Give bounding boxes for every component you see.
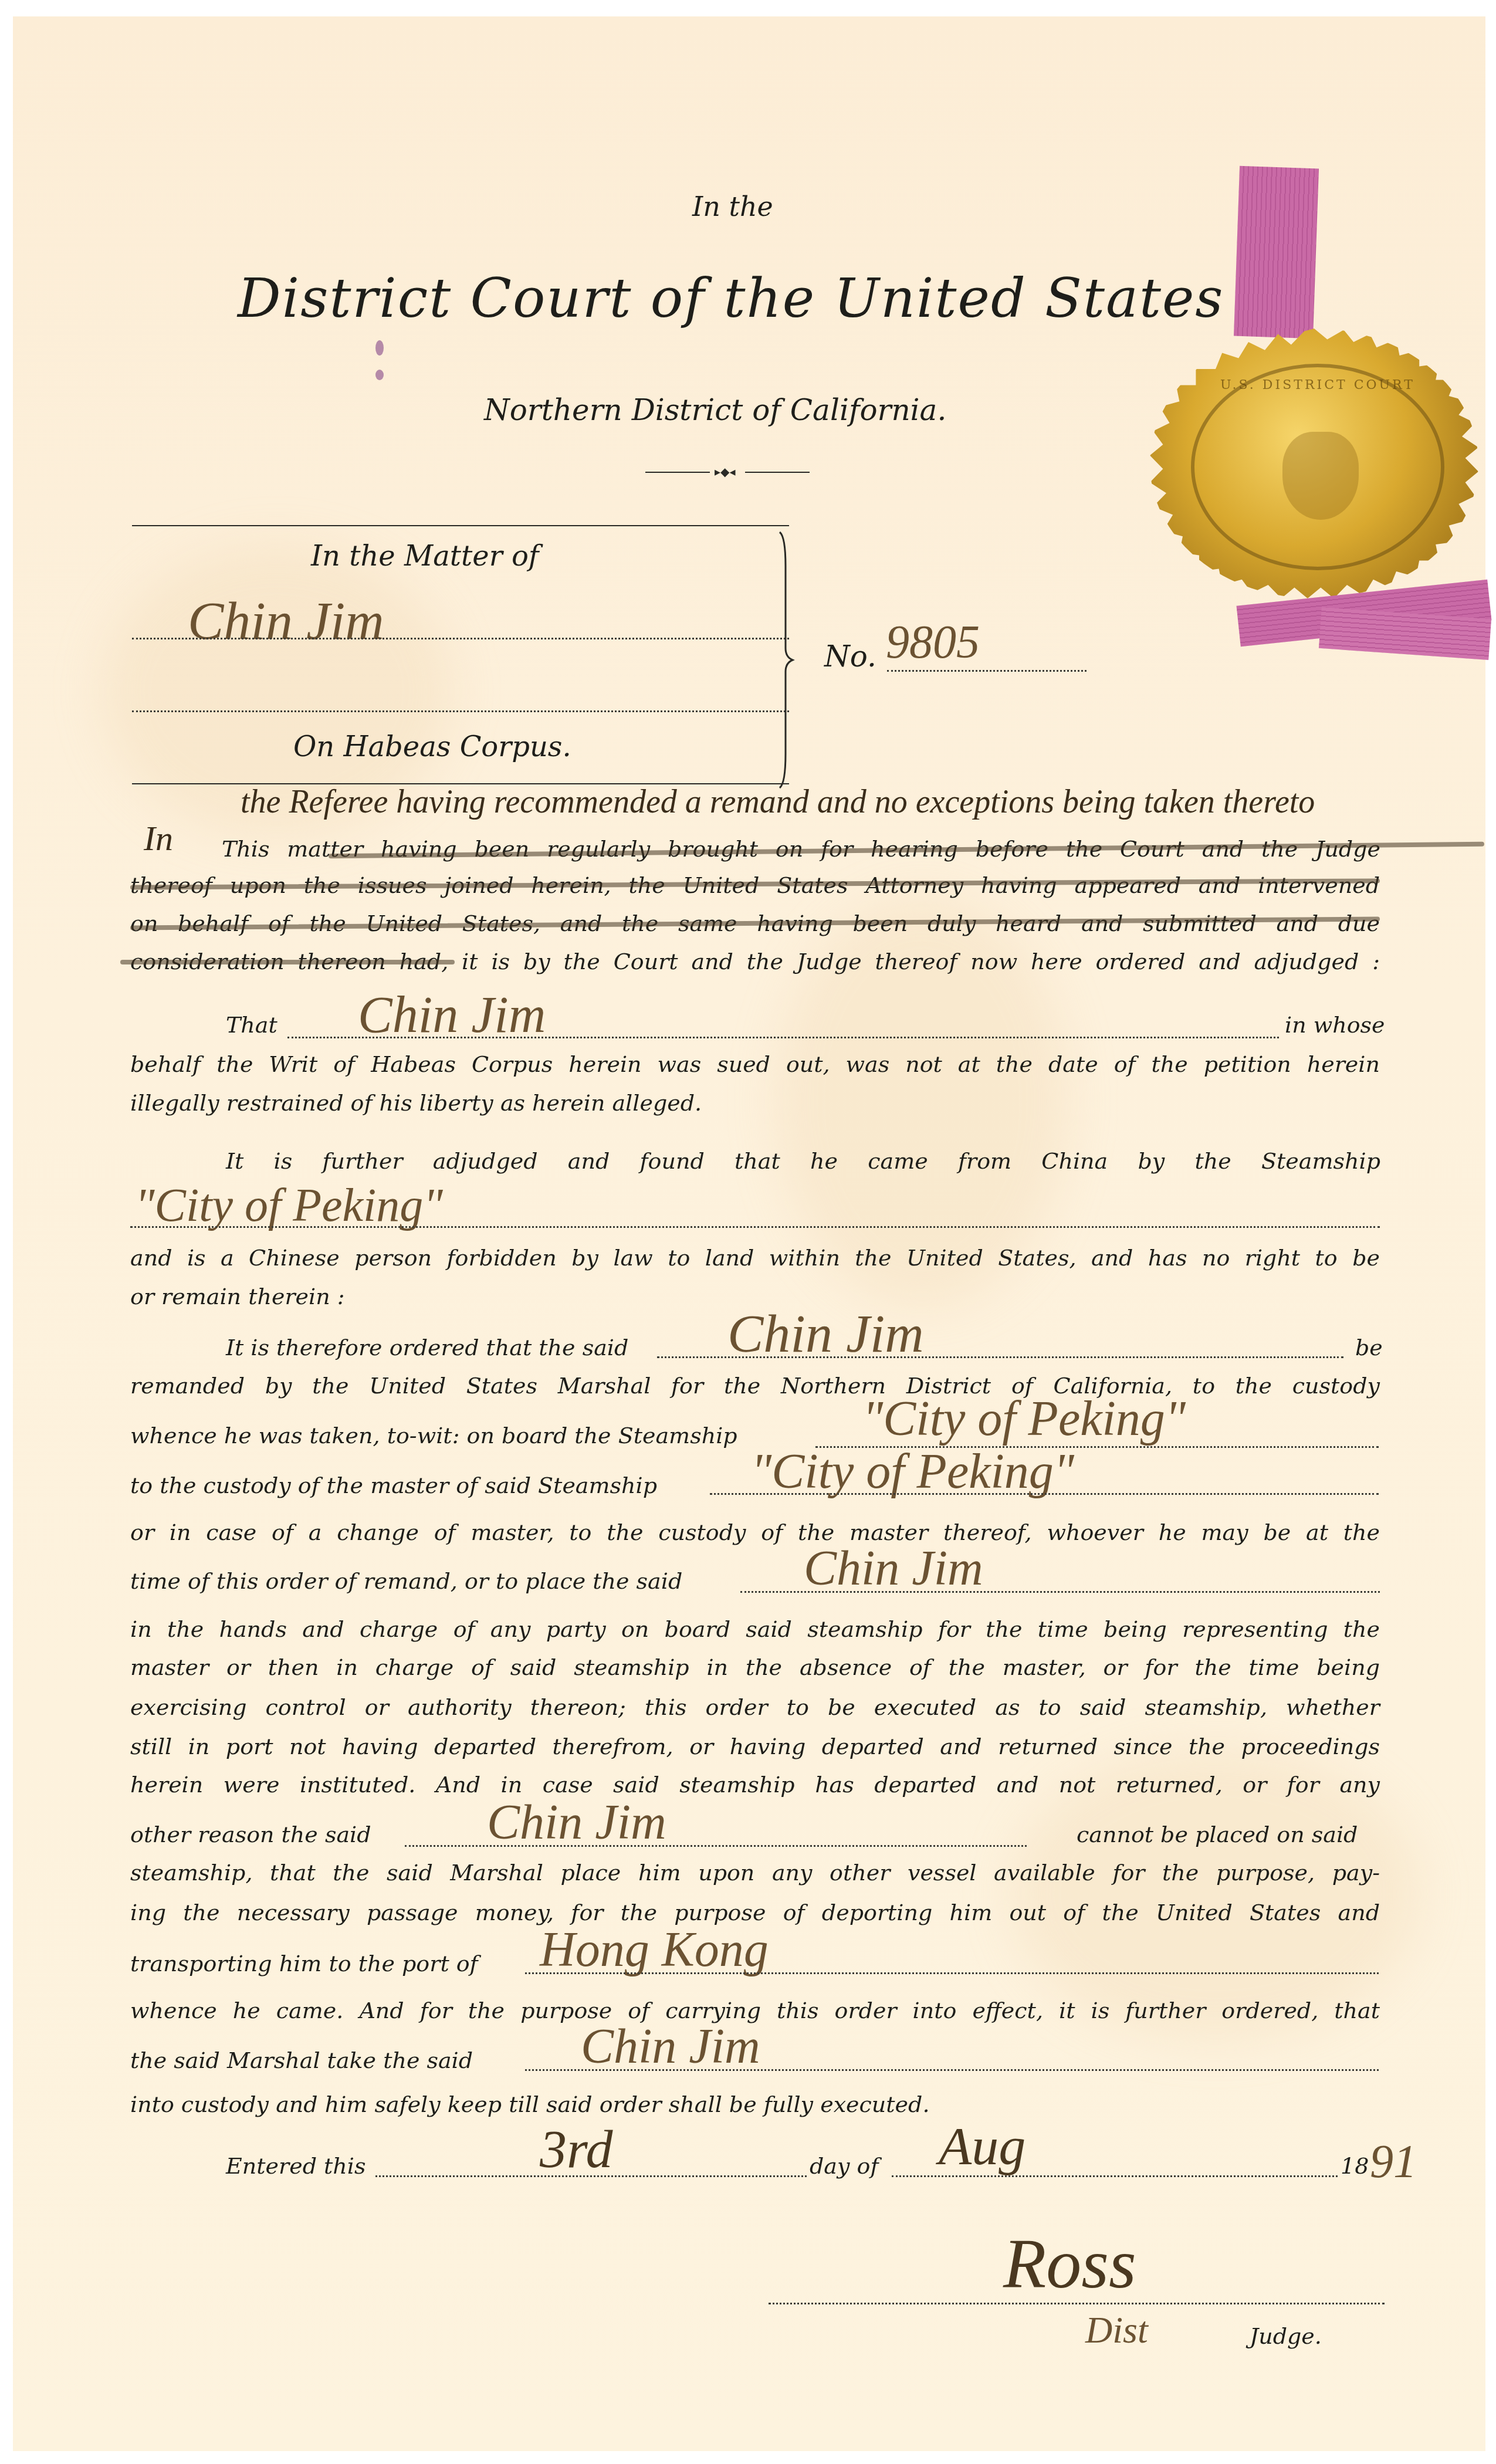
steamship-name-1: "City of Peking" — [862, 1390, 1186, 1447]
strikethrough-mark — [120, 960, 455, 964]
final-line: into custody and him safely keep till sa… — [130, 2091, 929, 2117]
header-in-the: In the — [692, 191, 773, 222]
other-reason-label: other reason the said — [130, 1822, 371, 1847]
entry-day-line — [375, 2175, 807, 2177]
on-habeas-corpus-label: On Habeas Corpus. — [293, 730, 571, 763]
ordered-name: Chin Jim — [727, 1302, 924, 1365]
petitioner-name: Chin Jim — [188, 590, 384, 652]
entry-day: 3rd — [540, 2118, 612, 2180]
day-of-label: day of — [810, 2153, 878, 2179]
in-the-matter-of-label: In the Matter of — [311, 540, 539, 573]
order-name-3: Chin Jim — [487, 1794, 666, 1851]
order-line: or in case of a change of master, to the… — [130, 1519, 1380, 1545]
handwritten-insertion: the Referee having recommended a remand … — [241, 783, 1315, 821]
steamship-name-2: "City of Peking" — [751, 1443, 1074, 1500]
finding-line: illegally restrained of his liberty as h… — [130, 1090, 1380, 1116]
order-line: remanded by the United States Marshal fo… — [130, 1373, 1380, 1399]
case-number-label: No. — [824, 639, 876, 673]
ribbon — [1234, 166, 1319, 339]
marshal-label: the said Marshal take the said — [130, 2047, 473, 2073]
divider-line — [745, 472, 810, 473]
seal-legend: U.S. DISTRICT COURT — [1194, 378, 1441, 392]
court-seal: U.S. DISTRICT COURT — [1150, 329, 1478, 598]
court-title: District Court of the United States — [238, 267, 1224, 330]
case-number: 9805 — [886, 616, 980, 669]
ornament-icon: ▸◆◂ — [715, 465, 735, 479]
cannot-label: cannot be placed on said — [1077, 1822, 1358, 1847]
order-line: exercising control or authority thereon;… — [130, 1694, 1380, 1720]
be-label: be — [1355, 1335, 1383, 1360]
in-whose-label: in whose — [1285, 1012, 1385, 1038]
handwritten-prefix: In — [144, 818, 173, 859]
caption-dotted-rule — [132, 638, 789, 639]
ink-spot — [375, 340, 384, 356]
entry-month: Aug — [939, 2115, 1025, 2177]
order-line: in the hands and charge of any party on … — [130, 1616, 1380, 1642]
judge-prefix: Dist — [1085, 2309, 1148, 2352]
judge-signature: Ross — [1003, 2223, 1136, 2304]
order-name-2: Chin Jim — [804, 1540, 983, 1597]
order-line: still in port not having departed theref… — [130, 1734, 1380, 1759]
district-subtitle: Northern District of California. — [484, 393, 946, 427]
signature-line — [769, 2303, 1385, 2304]
entered-label: Entered this — [226, 2153, 365, 2179]
name-3-line — [405, 1845, 1027, 1847]
case-number-line — [887, 670, 1087, 672]
custody-label: to the custody of the master of said Ste… — [130, 1473, 657, 1498]
finding-line: behalf the Writ of Habeas Corpus herein … — [130, 1051, 1380, 1077]
order-line: herein were instituted. And in case said… — [130, 1772, 1380, 1798]
whence-label: whence he was taken, to-wit: on board th… — [130, 1423, 737, 1448]
steamship-line — [130, 1226, 1380, 1228]
seal-ring: U.S. DISTRICT COURT — [1191, 364, 1444, 570]
port-label: transporting him to the port of — [130, 1951, 478, 1976]
port-line — [525, 1972, 1379, 1974]
ordered-name-line — [657, 1356, 1343, 1358]
brace-icon — [777, 531, 795, 789]
divider-line — [645, 472, 710, 473]
time-label: time of this order of remand, or to plac… — [130, 1568, 682, 1594]
further-line: and is a Chinese person forbidden by law… — [130, 1245, 1380, 1271]
steamship-2-line — [710, 1493, 1379, 1495]
further-line: It is further adjudged and found that he… — [226, 1148, 1380, 1174]
ink-spot — [375, 370, 384, 380]
port-name: Hong Kong — [540, 1921, 769, 1978]
that-label: That — [226, 1012, 277, 1038]
year-suffix: 91 — [1370, 2135, 1417, 2189]
finding-name-line — [287, 1037, 1279, 1038]
order-name-4: Chin Jim — [581, 2018, 760, 2075]
name-4-line — [525, 2069, 1379, 2071]
ornament-divider: ▸◆◂ — [645, 468, 810, 476]
caption-top-rule — [132, 525, 789, 526]
year-prefix: 18 — [1341, 2153, 1369, 2179]
ordered-label: It is therefore ordered that the said — [226, 1335, 628, 1360]
order-line: master or then in charge of said steamsh… — [130, 1654, 1380, 1680]
order-line: steamship, that the said Marshal place h… — [130, 1860, 1380, 1886]
entry-month-line — [892, 2175, 1338, 2177]
finding-name: Chin Jim — [358, 986, 546, 1045]
eagle-emblem-icon — [1282, 432, 1359, 520]
steamship-name: "City of Peking" — [135, 1179, 443, 1233]
judge-label: Judge. — [1250, 2323, 1322, 2349]
caption-dotted-rule — [132, 710, 789, 712]
name-2-line — [740, 1591, 1380, 1593]
